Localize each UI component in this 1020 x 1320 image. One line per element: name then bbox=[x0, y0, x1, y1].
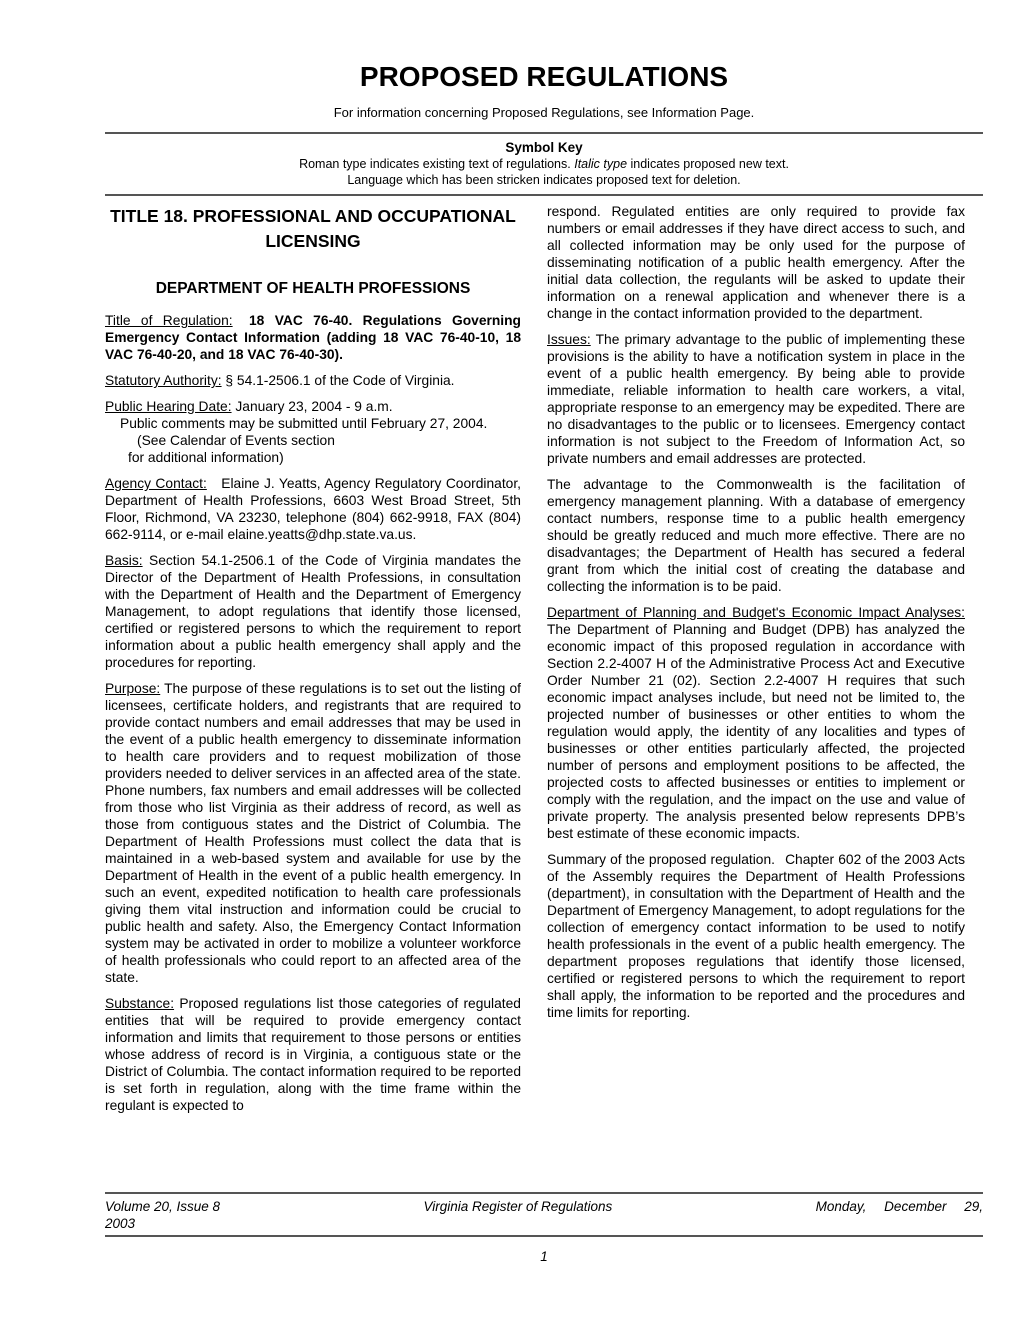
dpb-economic-impact: Department of Planning and Budget's Econ… bbox=[547, 604, 965, 842]
department-heading: DEPARTMENT OF HEALTH PROFESSIONS bbox=[105, 279, 521, 298]
symbol-key-italic-text: Italic type bbox=[574, 157, 627, 171]
footer-date: Monday, December 29, bbox=[816, 1198, 983, 1215]
document-page: PROPOSED REGULATIONS For information con… bbox=[0, 0, 1020, 1320]
symbol-key-roman-text: Roman type indicates existing text of re… bbox=[299, 157, 574, 171]
statutory-authority: Statutory Authority: § 54.1-2506.1 of th… bbox=[105, 372, 521, 389]
symbol-key-stricken-line: Language which has been stricken indicat… bbox=[105, 172, 983, 188]
purpose-label: Purpose: bbox=[105, 681, 160, 696]
basis-label: Basis: bbox=[105, 553, 143, 568]
info-note: For information concerning Proposed Regu… bbox=[105, 105, 983, 121]
summary-paragraph: Summary of the proposed regulation. Chap… bbox=[547, 851, 965, 1021]
symbol-key-rest-text: indicates proposed new text. bbox=[627, 157, 789, 171]
register-title: Virginia Register of Regulations bbox=[423, 1198, 612, 1215]
page-footer: Volume 20, Issue 8 Virginia Register of … bbox=[105, 1192, 983, 1279]
additional-info-note: for additional information) bbox=[105, 449, 521, 466]
document-body: TITLE 18. PROFESSIONAL AND OCCUPATIONAL … bbox=[105, 203, 1020, 1123]
public-hearing-date: Public Hearing Date: January 23, 2004 - … bbox=[105, 398, 521, 466]
commonwealth-advantage: The advantage to the Commonwealth is the… bbox=[547, 476, 965, 595]
public-comments-note: Public comments may be submitted until F… bbox=[105, 415, 521, 432]
purpose: Purpose: The purpose of these regulation… bbox=[105, 680, 521, 986]
footer-line: Volume 20, Issue 8 Virginia Register of … bbox=[105, 1194, 983, 1215]
title-of-regulation: Title of Regulation: 18 VAC 76-40. Regul… bbox=[105, 312, 521, 363]
issues-label: Issues: bbox=[547, 332, 591, 347]
continuation-paragraph: respond. Regulated entities are only req… bbox=[547, 203, 965, 322]
document-title: PROPOSED REGULATIONS bbox=[105, 60, 983, 94]
calendar-see-note: (See Calendar of Events section bbox=[105, 432, 521, 449]
public-hearing-line: Public Hearing Date: January 23, 2004 - … bbox=[105, 398, 521, 415]
title-of-regulation-label: Title of Regulation: bbox=[105, 313, 233, 328]
symbol-key: Symbol Key Roman type indicates existing… bbox=[105, 134, 983, 194]
issues: Issues: The primary advantage to the pub… bbox=[547, 331, 965, 467]
basis-text: Section 54.1-2506.1 of the Code of Virgi… bbox=[105, 553, 521, 670]
right-column: respond. Regulated entities are only req… bbox=[547, 203, 965, 1123]
symbol-key-roman-line: Roman type indicates existing text of re… bbox=[105, 156, 983, 172]
symbol-key-heading: Symbol Key bbox=[105, 139, 983, 156]
basis: Basis: Section 54.1-2506.1 of the Code o… bbox=[105, 552, 521, 671]
summary-text: Chapter 602 of the 2003 Acts of the Asse… bbox=[547, 852, 965, 1020]
volume-issue: Volume 20, Issue 8 bbox=[105, 1198, 220, 1215]
substance-text: Proposed regulations list those categori… bbox=[105, 996, 521, 1113]
left-column: TITLE 18. PROFESSIONAL AND OCCUPATIONAL … bbox=[105, 203, 521, 1123]
summary-lead: Summary of the proposed regulation. bbox=[547, 852, 775, 867]
agency-contact: Agency Contact: Elaine J. Yeatts, Agency… bbox=[105, 475, 521, 543]
dpb-label: Department of Planning and Budget's Econ… bbox=[547, 605, 965, 620]
header-rule-bottom bbox=[105, 194, 983, 196]
page-number: 1 bbox=[105, 1248, 983, 1265]
title-heading: TITLE 18. PROFESSIONAL AND OCCUPATIONAL … bbox=[105, 204, 521, 254]
dpb-text: The Department of Planning and Budget (D… bbox=[547, 622, 965, 841]
footer-rule-bottom bbox=[105, 1235, 983, 1237]
page-header: PROPOSED REGULATIONS For information con… bbox=[105, 60, 983, 196]
public-hearing-text: January 23, 2004 - 9 a.m. bbox=[235, 399, 392, 414]
substance-label: Substance: bbox=[105, 996, 174, 1011]
statutory-authority-text: § 54.1-2506.1 of the Code of Virginia. bbox=[225, 373, 454, 388]
agency-contact-label: Agency Contact: bbox=[105, 476, 207, 491]
substance: Substance: Proposed regulations list tho… bbox=[105, 995, 521, 1114]
issues-text: The primary advantage to the public of i… bbox=[547, 332, 965, 466]
footer-year: 2003 bbox=[105, 1215, 983, 1235]
statutory-authority-label: Statutory Authority: bbox=[105, 373, 222, 388]
public-hearing-label: Public Hearing Date: bbox=[105, 399, 232, 414]
purpose-text: The purpose of these regulations is to s… bbox=[105, 681, 521, 985]
